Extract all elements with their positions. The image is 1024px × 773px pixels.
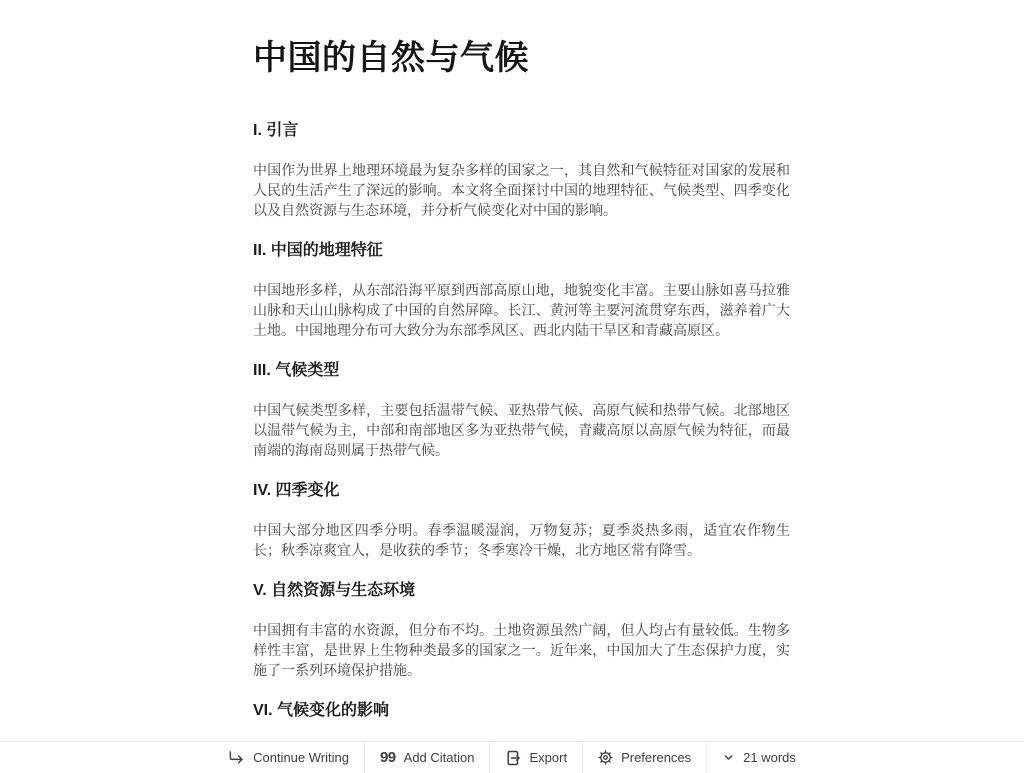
section-heading[interactable]: VI. 气候变化的影响	[253, 700, 790, 722]
section-heading[interactable]: V. 自然资源与生态环境	[253, 580, 790, 602]
continue-writing-label: Continue Writing	[253, 750, 349, 765]
section-paragraph[interactable]: 中国作为世界上地理环境最为复杂多样的国家之一，其自然和气候特征对国家的发展和人民…	[253, 160, 790, 220]
export-button[interactable]: Export	[490, 742, 582, 773]
chevron-down-icon	[722, 751, 735, 764]
section-heading[interactable]: I. 引言	[253, 120, 790, 142]
section-heading[interactable]: II. 中国的地理特征	[253, 240, 790, 262]
gear-icon	[598, 750, 613, 765]
preferences-button[interactable]: Preferences	[583, 742, 706, 773]
preferences-label: Preferences	[621, 750, 691, 765]
section-paragraph[interactable]: 中国拥有丰富的水资源，但分布不均。土地资源虽然广阔，但人均占有量较低。生物多样性…	[253, 620, 790, 680]
export-label: Export	[529, 750, 567, 765]
export-file-icon	[505, 750, 521, 766]
app-window: 中国的自然与气候 I. 引言中国作为世界上地理环境最为复杂多样的国家之一，其自然…	[0, 0, 1024, 773]
document[interactable]: 中国的自然与气候 I. 引言中国作为世界上地理环境最为复杂多样的国家之一，其自然…	[253, 36, 790, 722]
section-heading[interactable]: IV. 四季变化	[253, 480, 790, 502]
add-citation-label: Add Citation	[404, 750, 475, 765]
continue-arrow-icon	[228, 750, 245, 765]
document-title[interactable]: 中国的自然与气候	[253, 36, 790, 80]
citation-quote-icon: 99	[380, 750, 396, 765]
document-sections: I. 引言中国作为世界上地理环境最为复杂多样的国家之一，其自然和气候特征对国家的…	[253, 120, 790, 722]
bottom-toolbar: Continue Writing 99 Add Citation Export	[0, 741, 1024, 773]
section-paragraph[interactable]: 中国气候类型多样，主要包括温带气候、亚热带气候、高原气候和热带气候。北部地区以温…	[253, 400, 790, 460]
word-count-label: 21 words	[743, 750, 796, 765]
section-paragraph[interactable]: 中国地形多样，从东部沿海平原到西部高原山地，地貌变化丰富。主要山脉如喜马拉雅山脉…	[253, 280, 790, 340]
section-paragraph[interactable]: 中国大部分地区四季分明。春季温暖湿润，万物复苏；夏季炎热多雨，适宜农作物生长；秋…	[253, 520, 790, 560]
continue-writing-button[interactable]: Continue Writing	[213, 742, 364, 773]
word-count-dropdown[interactable]: 21 words	[707, 742, 811, 773]
section-heading[interactable]: III. 气候类型	[253, 360, 790, 382]
document-canvas[interactable]: 中国的自然与气候 I. 引言中国作为世界上地理环境最为复杂多样的国家之一，其自然…	[0, 0, 1024, 741]
add-citation-button[interactable]: 99 Add Citation	[365, 742, 490, 773]
